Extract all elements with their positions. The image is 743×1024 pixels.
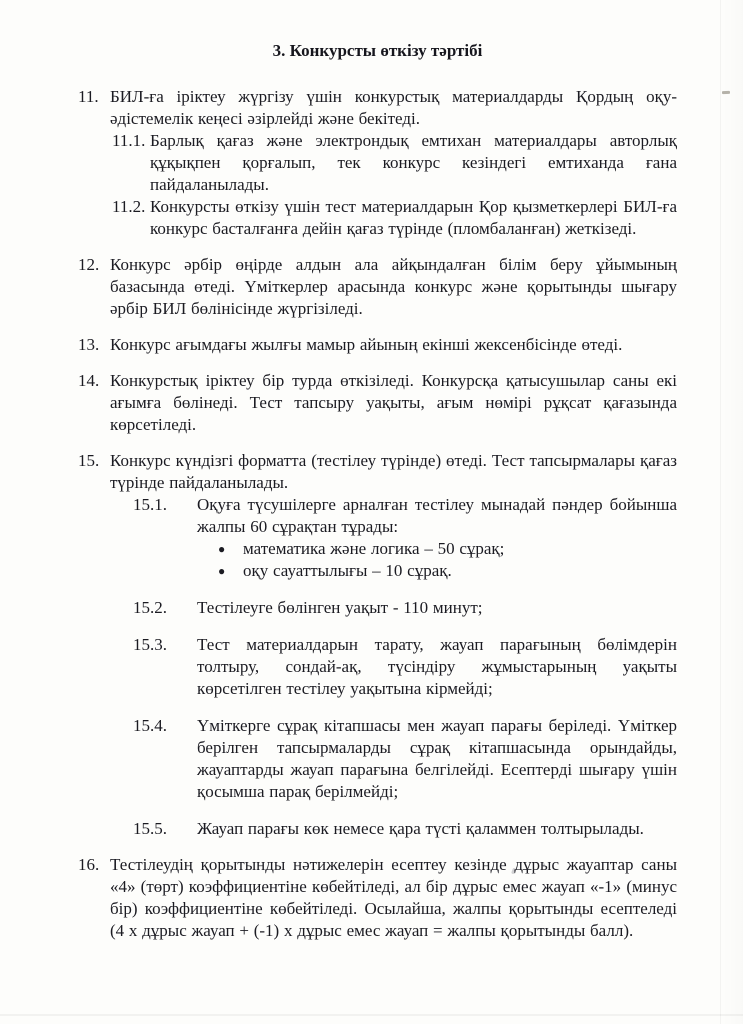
item-text: Конкурс күндізгі форматта (тестілеу түрі…	[110, 450, 677, 494]
list-item-15-4: 15.4. Үміткерге сұрақ кітапшасы мен жауа…	[133, 715, 677, 803]
item-number: 11.1.	[112, 130, 150, 152]
item-text: оқу сауаттылығы – 10 сұрақ.	[243, 560, 677, 582]
bullet-icon: ●	[218, 560, 243, 582]
item-text: Барлық қағаз және электрондық емтихан ма…	[150, 130, 677, 196]
item-number: 15.2.	[133, 597, 197, 619]
bullet-item-math-logic: ● математика және логика – 50 сұрақ;	[218, 538, 677, 560]
list-item-15-5: 15.5. Жауап парағы көк немесе қара түсті…	[133, 818, 677, 840]
item-text: Конкурс ағымдағы жылғы мамыр айының екін…	[110, 334, 677, 356]
list-item-14: 14. Конкурстық іріктеу бір турда өткізіл…	[78, 370, 677, 436]
scan-dash-artifact	[722, 91, 730, 94]
item-text: математика және логика – 50 сұрақ;	[243, 538, 677, 560]
document-title: 3. Конкурсты өткізу тәртібі	[78, 40, 677, 62]
item-text: Оқуға түсушілерге арналған тестілеу мына…	[197, 494, 677, 538]
list-item-12: 12. Конкурс әрбір өңірде алдын ала айқын…	[78, 254, 677, 320]
item-text: Тестілеудің қорытынды нәтижелерін есепте…	[110, 854, 677, 942]
scan-edge-line	[720, 0, 721, 1024]
bullet-icon: ●	[218, 538, 243, 560]
list-item-15: 15. Конкурс күндізгі форматта (тестілеу …	[78, 450, 677, 494]
scanned-document-page: 3. Конкурсты өткізу тәртібі 11. БИЛ-ға і…	[0, 0, 743, 1024]
item-number: 15.	[78, 450, 110, 472]
item-number: 15.5.	[133, 818, 197, 840]
item-number: 13.	[78, 334, 110, 356]
list-item-15-2: 15.2. Тестілеуге бөлінген уақыт - 110 ми…	[133, 597, 677, 619]
list-item-11-2: 11.2. Конкурсты өткізу үшін тест материа…	[112, 196, 677, 240]
list-item-15-1: 15.1. Оқуға түсушілерге арналған тестіле…	[133, 494, 677, 538]
item-text: Тестілеуге бөлінген уақыт - 110 минут;	[197, 597, 677, 619]
item-text: Конкурстық іріктеу бір турда өткізіледі.…	[110, 370, 677, 436]
item-number: 11.2.	[112, 196, 150, 218]
item-number: 15.4.	[133, 715, 197, 737]
scan-bottom-edge	[0, 1014, 743, 1016]
item-number: 11.	[78, 86, 110, 108]
item-text: Жауап парағы көк немесе қара түсті қалам…	[197, 818, 677, 840]
pencil-mark	[541, 863, 545, 867]
item-number: 15.1.	[133, 494, 197, 516]
item-text: Конкурсты өткізу үшін тест материалдарын…	[150, 196, 677, 240]
scan-edge-shade	[722, 0, 743, 1024]
list-item-11: 11. БИЛ-ға іріктеу жүргізу үшін конкурст…	[78, 86, 677, 130]
list-item-11-1: 11.1. Барлық қағаз және электрондық емти…	[112, 130, 677, 196]
item-number: 16.	[78, 854, 110, 876]
list-item-13: 13. Конкурс ағымдағы жылғы мамыр айының …	[78, 334, 677, 356]
list-item-16: 16. Тестілеудің қорытынды нәтижелерін ес…	[78, 854, 677, 942]
item-text: Үміткерге сұрақ кітапшасы мен жауап пара…	[197, 715, 677, 803]
item-text: Конкурс әрбір өңірде алдын ала айқындалғ…	[110, 254, 677, 320]
item-number: 14.	[78, 370, 110, 392]
list-item-15-3: 15.3. Тест материалдарын тарату, жауап п…	[133, 634, 677, 700]
item-text: Тест материалдарын тарату, жауап парағын…	[197, 634, 677, 700]
item-number: 12.	[78, 254, 110, 276]
item-number: 15.3.	[133, 634, 197, 656]
bullet-item-reading-literacy: ● оқу сауаттылығы – 10 сұрақ.	[218, 560, 677, 582]
item-text: БИЛ-ға іріктеу жүргізу үшін конкурстық м…	[110, 86, 677, 130]
